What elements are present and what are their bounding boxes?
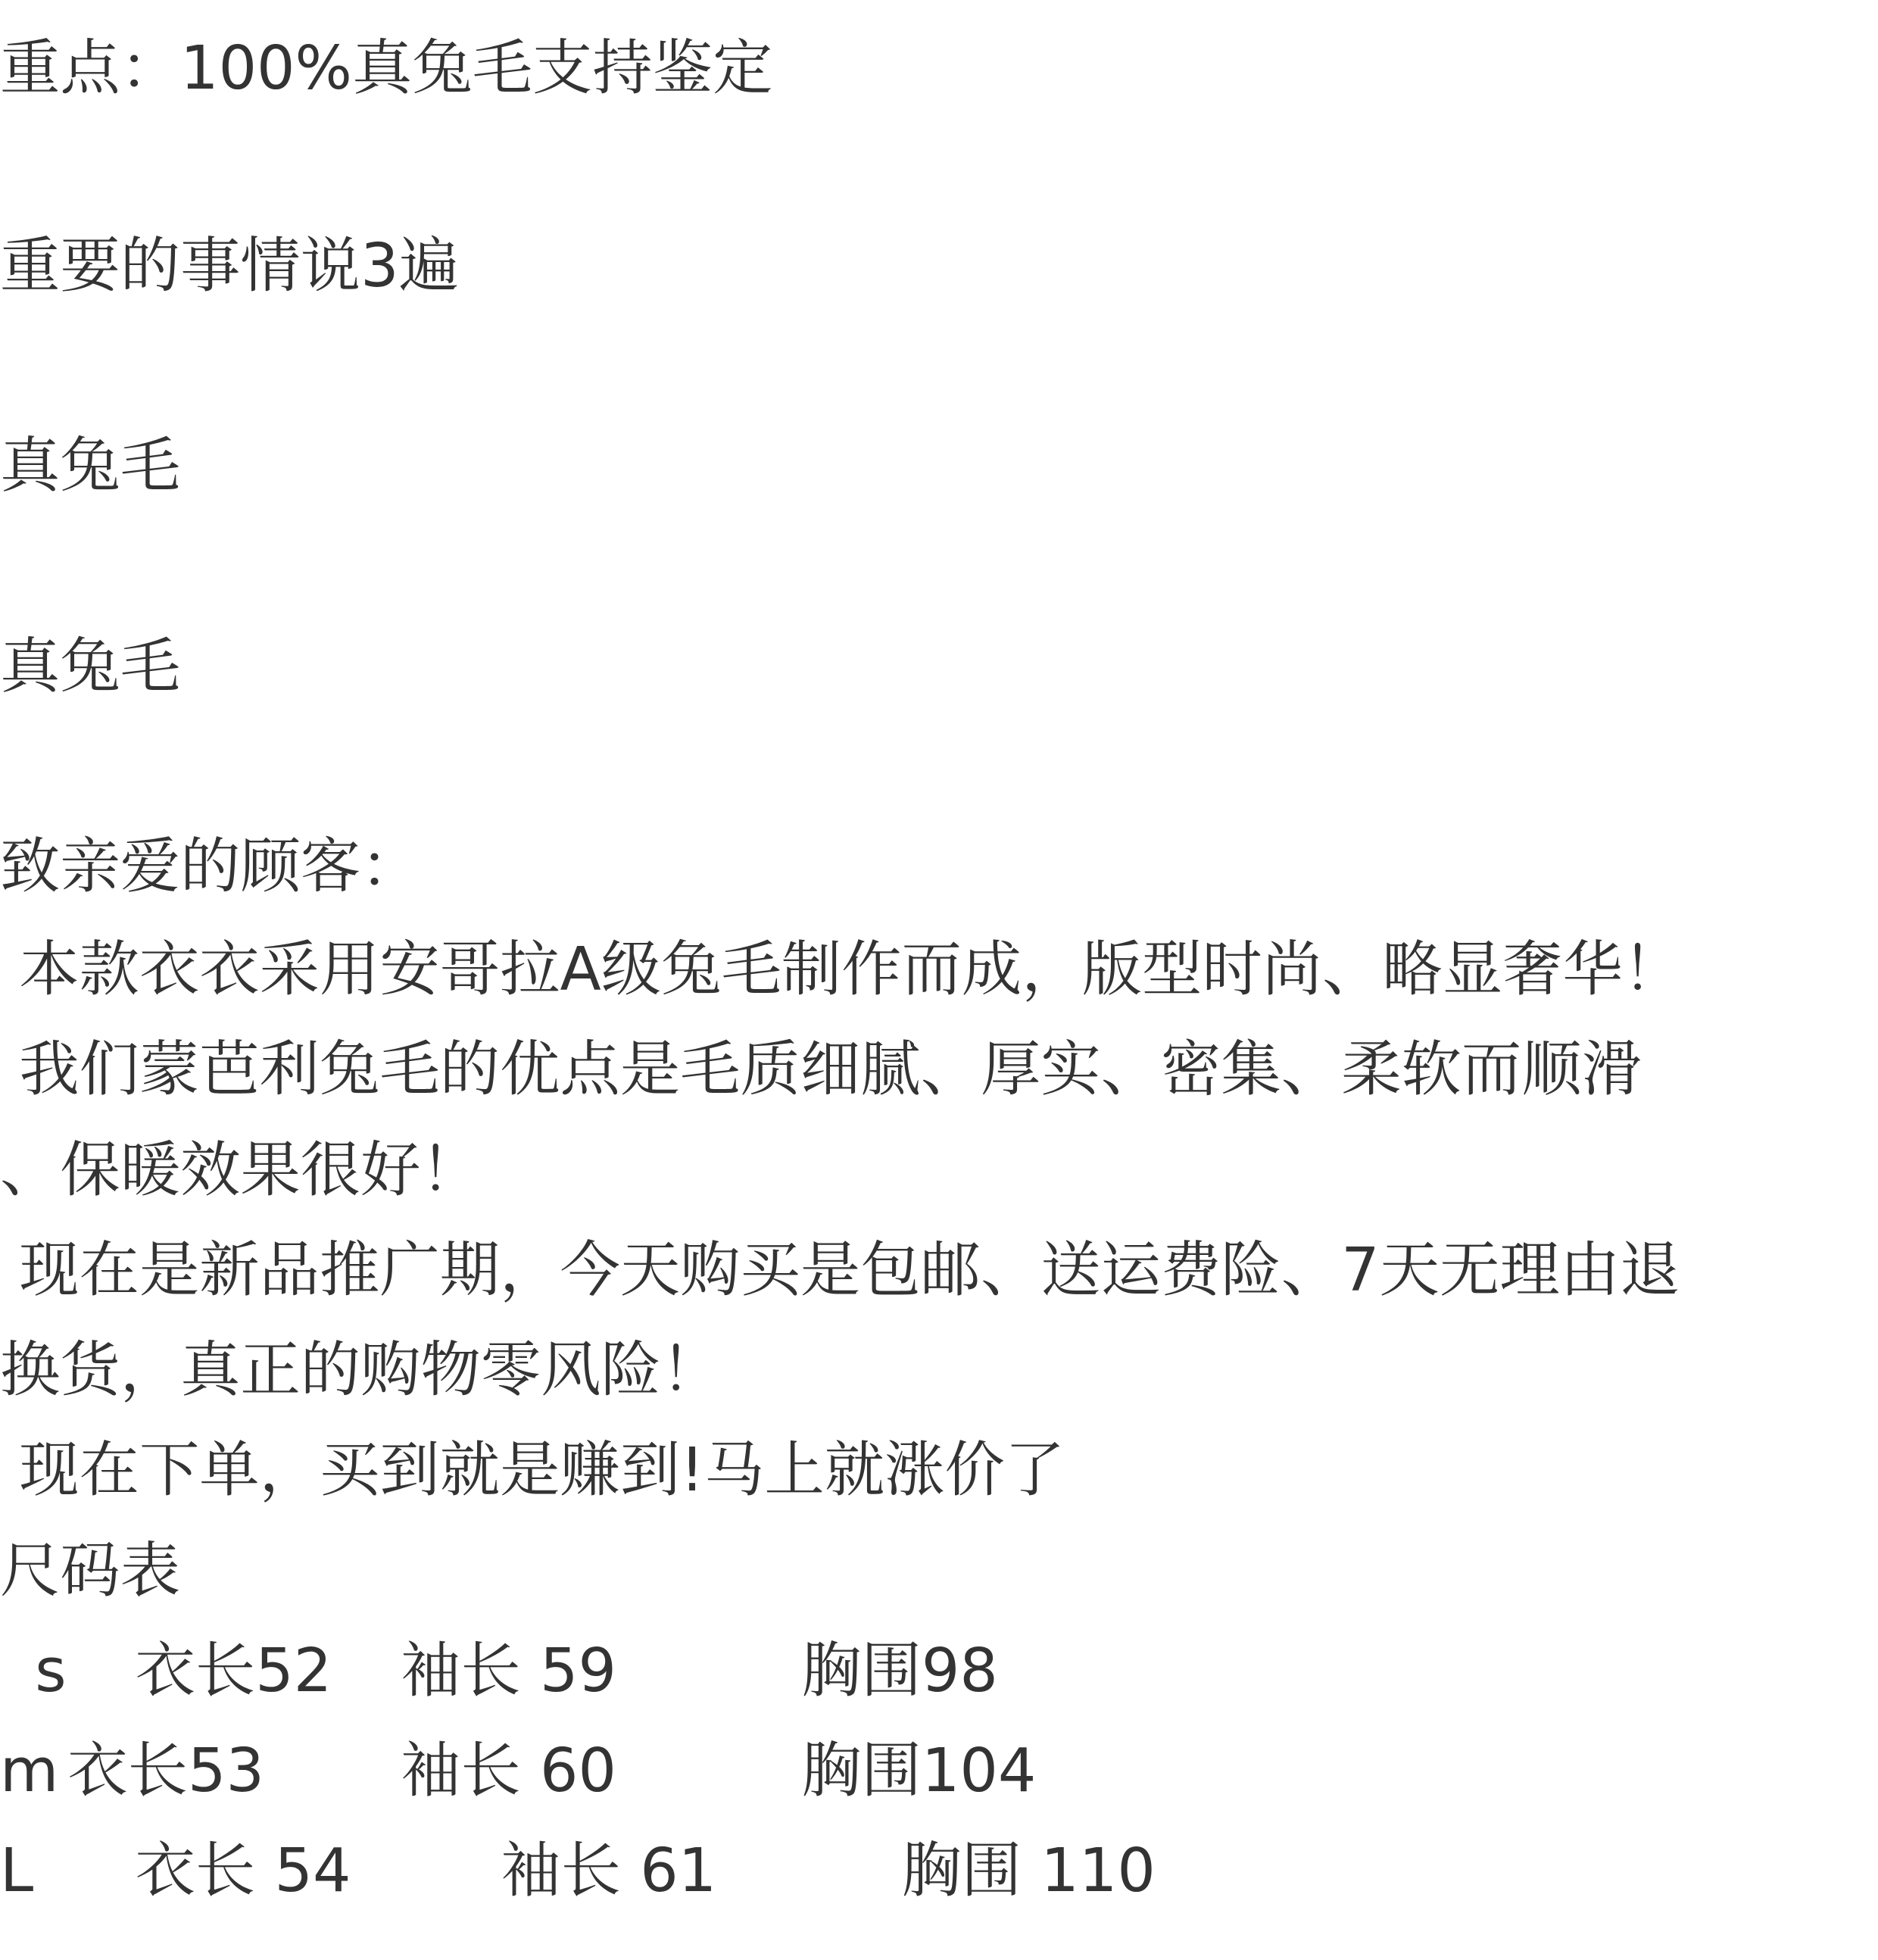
size-sleeve: 袖长 61 [501, 1840, 716, 1900]
letter-greeting: 致亲爱的顾客： [0, 836, 421, 896]
highlight-headline: 重点：100%真兔毛支持鉴定 [0, 38, 772, 98]
emphasis-line-2: 真兔毛 [0, 636, 180, 696]
size-length: 衣长53 [67, 1740, 264, 1800]
size-sleeve: 袖长 60 [401, 1740, 616, 1800]
size-label: m [0, 1740, 58, 1800]
letter-paragraph: 现在下单，买到就是赚到!马上就涨价了 [0, 1440, 1065, 1500]
size-chest: 胸围98 [801, 1640, 998, 1700]
repeat-notice: 重要的事情说3遍 [0, 236, 459, 295]
size-label: s [35, 1640, 66, 1700]
size-chest: 胸围 110 [901, 1840, 1155, 1900]
size-chart-title: 尺码表 [0, 1540, 180, 1600]
size-label: L [0, 1840, 33, 1900]
letter-paragraph: 本款衣衣采用安哥拉A级兔毛制作而成，版型时尚、略显奢华！ [0, 939, 1683, 999]
letter-paragraph: 我们蒙芭利兔毛的优点是毛质细腻、厚实、密集、柔软而顺滑 [0, 1039, 1642, 1099]
size-chest: 胸围104 [801, 1740, 1036, 1800]
letter-paragraph: 换货，真正的购物零风险！ [0, 1340, 721, 1400]
letter-paragraph: 现在是新品推广期，今天购买是包邮、送运费险、7天无理由退 [0, 1240, 1680, 1300]
size-sleeve: 袖长 59 [401, 1640, 616, 1700]
letter-paragraph: 、保暖效果很好！ [0, 1140, 481, 1200]
size-length: 衣长52 [136, 1640, 332, 1700]
size-length: 衣长 54 [136, 1840, 351, 1900]
emphasis-line-1: 真兔毛 [0, 435, 180, 495]
